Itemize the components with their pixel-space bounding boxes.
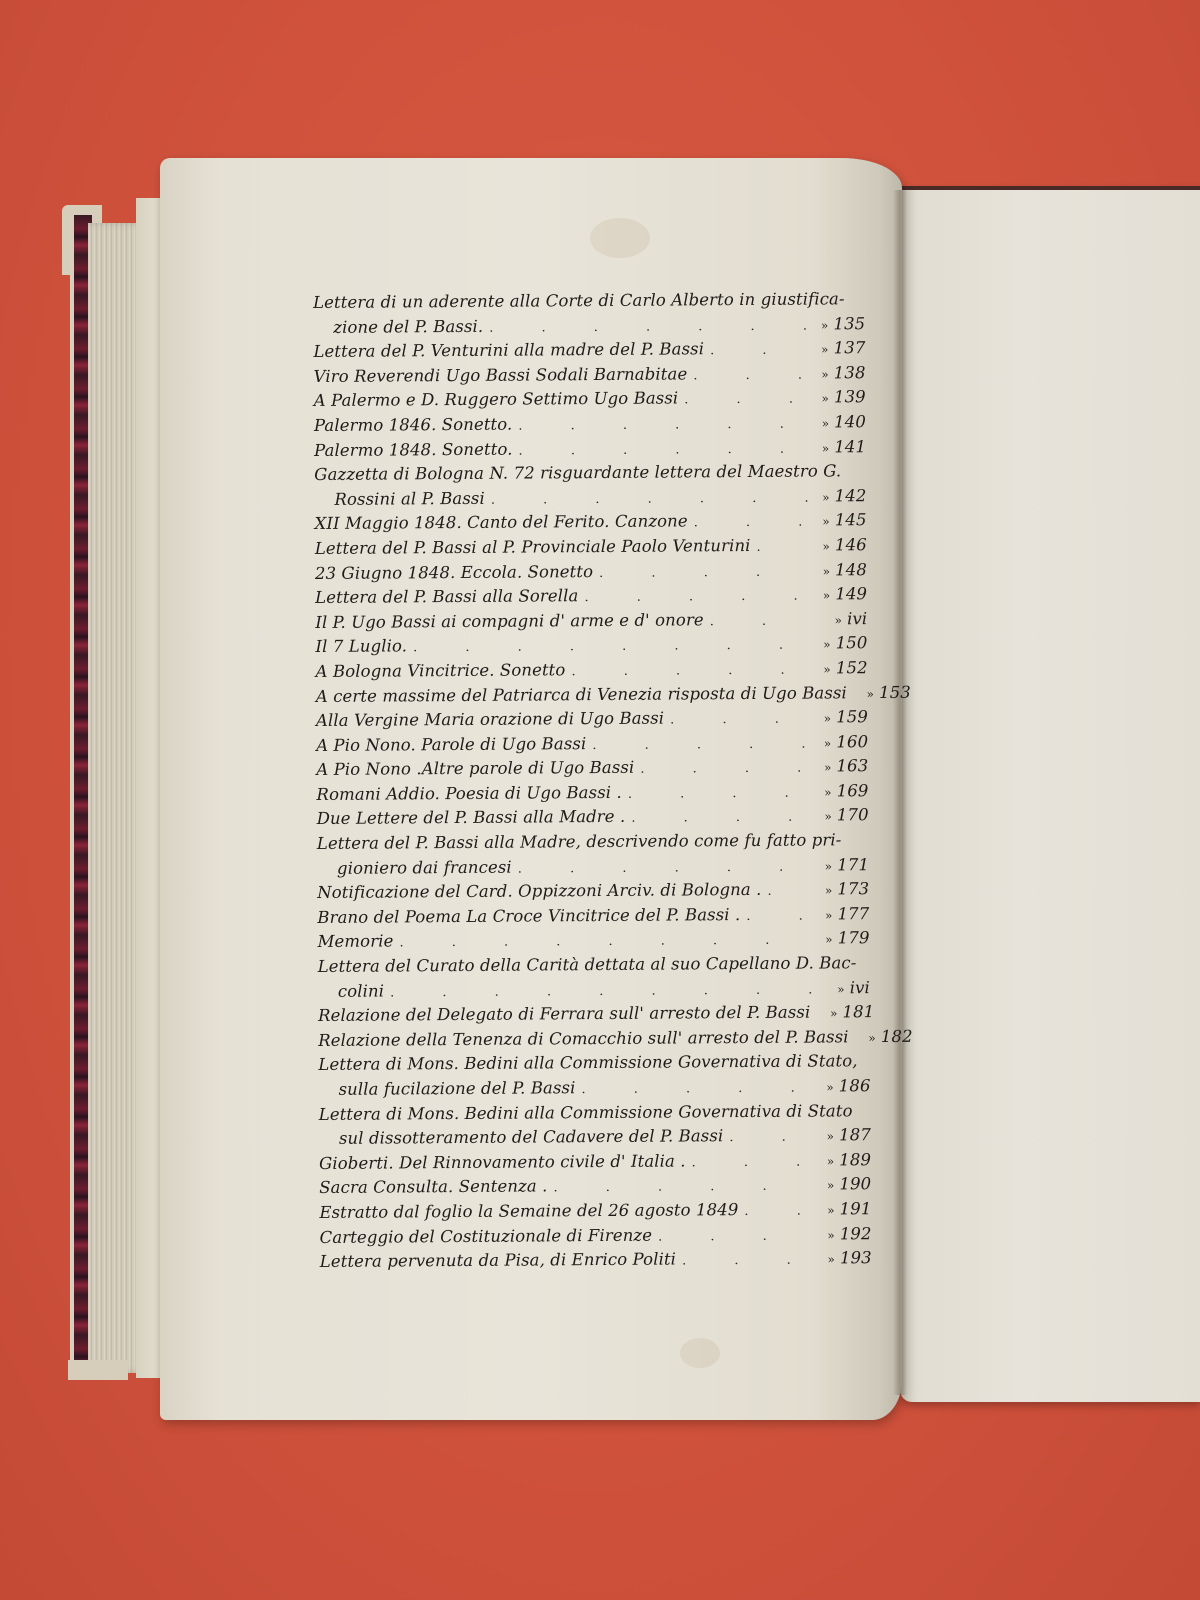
toc-entry-title: Lettera pervenuta da Pisa, di Enrico Pol… [320, 1250, 676, 1271]
toc-page-number: »140 [814, 412, 866, 431]
page-number-value: 189 [839, 1150, 871, 1169]
toc-entry-line: gioniero dai francesi»171 [317, 855, 869, 883]
page-prefix-mark: » [825, 884, 833, 898]
toc-entry-title: Notificazione del Card. Oppizzoni Arciv.… [317, 880, 761, 902]
page-number-value: 191 [840, 1199, 872, 1218]
page-number-value: 169 [837, 781, 869, 800]
toc-entry-title: Palermo 1848. Sonetto. [314, 439, 513, 459]
toc-entry-title: Due Lettere del P. Bassi alla Madre . [317, 807, 626, 828]
toc-page-number: »187 [819, 1125, 871, 1144]
page-prefix-mark: » [827, 1179, 835, 1193]
page-number-value: 173 [837, 879, 869, 898]
dot-leader [553, 1179, 813, 1196]
page-prefix-mark: » [823, 564, 831, 578]
toc-page-number: »ivi [815, 609, 867, 628]
dot-leader [581, 1081, 812, 1098]
page-prefix-mark: » [827, 1154, 835, 1168]
dot-leader [744, 1203, 813, 1218]
toc-entry-title: Lettera del P. Bassi alla Sorella [315, 586, 578, 607]
page-prefix-mark: » [821, 392, 829, 406]
paper-stain [590, 218, 650, 258]
page-number-value: 163 [836, 756, 868, 775]
dot-leader [518, 859, 811, 876]
toc-page-number: »179 [817, 929, 869, 948]
toc-entry-title: Lettera del P. Bassi al P. Provinciale P… [315, 536, 751, 558]
toc-page-number: »138 [814, 363, 866, 382]
toc-entry-title: Lettera del Curato della Carità dettata … [318, 953, 857, 976]
page-number-value: 137 [834, 338, 866, 357]
toc-entry-title: 23 Giugno 1848. Eccola. Sonetto [315, 562, 593, 583]
toc-page-number: »177 [817, 904, 869, 923]
toc-entry-title: A Pio Nono. Parole di Ugo Bassi [316, 734, 586, 755]
toc-page-number: »146 [815, 535, 867, 554]
toc-page-number: »170 [817, 806, 869, 825]
page-prefix-mark: » [827, 1203, 835, 1217]
page-prefix-mark: » [830, 1007, 838, 1021]
dot-leader [710, 613, 810, 629]
toc-page-number: »152 [816, 658, 868, 677]
page-number-value: 186 [839, 1076, 871, 1095]
dot-leader [631, 810, 810, 826]
dot-leader [640, 761, 810, 777]
toc-entry-title: zione del P. Bassi. [313, 316, 483, 336]
page-number-value: 152 [836, 658, 868, 677]
page-prefix-mark: » [824, 761, 832, 775]
dot-leader [491, 490, 809, 507]
dot-leader [693, 367, 807, 383]
page-prefix-mark: » [868, 1031, 876, 1045]
toc-entry-title: sul dissotteramento del Cadavere del P. … [319, 1126, 724, 1148]
toc-page-number: »182 [861, 1027, 913, 1046]
page-prefix-mark: » [827, 1228, 835, 1242]
toc-page-number: »137 [813, 338, 865, 357]
page-prefix-mark: » [821, 318, 829, 332]
toc-page-number: »141 [814, 437, 866, 456]
page-prefix-mark: » [827, 1253, 835, 1267]
toc-entry-title: Lettera del P. Bassi alla Madre, descriv… [317, 830, 842, 853]
page-prefix-mark: » [822, 515, 830, 529]
toc-entry-title: A Bologna Vincitrice. Sonetto [316, 660, 566, 681]
page-prefix-mark: » [824, 810, 832, 824]
toc-page-number: »149 [815, 584, 867, 603]
dot-leader [413, 638, 810, 656]
page-prefix-mark: » [822, 441, 830, 455]
page-prefix-mark: » [821, 367, 829, 381]
page-number-value: 135 [833, 314, 865, 333]
page-gutter [893, 190, 907, 1395]
toc-page-number: »171 [817, 855, 869, 874]
toc-page-number: »142 [814, 486, 866, 505]
toc-entry-title: XII Maggio 1848. Canto del Ferito. Canzo… [315, 512, 688, 534]
toc-entry-title: A Pio Nono .Altre parole di Ugo Bassi [316, 758, 634, 779]
dot-leader [682, 1253, 814, 1269]
dot-leader [571, 662, 809, 679]
toc-entry-title: Viro Reverendi Ugo Bassi Sodali Barnabit… [314, 364, 688, 386]
toc-page-number: »150 [815, 633, 867, 652]
toc-entry-title: colini [318, 981, 384, 1000]
dot-leader [729, 1130, 813, 1146]
toc-entry-title: A certe massime del Patriarca di Venezia… [316, 683, 847, 706]
page-prefix-mark: » [827, 1130, 835, 1144]
toc-page-number: »160 [816, 732, 868, 751]
dot-leader [399, 933, 811, 951]
toc-entry-title: Brano del Poema La Croce Vincitrice del … [317, 905, 740, 927]
toc-page-number: »186 [818, 1076, 870, 1095]
page-prefix-mark: » [824, 711, 832, 725]
toc-page-number: »181 [822, 1002, 874, 1021]
toc-entry-title: Carteggio del Costituzionale di Firenze [320, 1225, 653, 1246]
dot-leader [767, 884, 811, 899]
toc-entry-line: Lettera pervenuta da Pisa, di Enrico Pol… [320, 1248, 872, 1276]
toc-entry-title: Gioberti. Del Rinnovamento civile d' Ita… [319, 1151, 686, 1173]
dot-leader [592, 736, 810, 753]
page-prefix-mark: » [826, 1080, 834, 1094]
toc-entry-title: gioniero dai francesi [317, 857, 512, 877]
page-number-value: 170 [837, 806, 869, 825]
page-prefix-mark: » [823, 638, 831, 652]
toc-entry-title: Il P. Ugo Bassi ai compagni d' arme e d'… [315, 610, 704, 632]
toc-entry-title: Relazione della Tenenza di Comacchio sul… [318, 1027, 849, 1050]
page-prefix-mark: » [825, 859, 833, 873]
cover-corner-bottom [68, 1360, 128, 1380]
paper-stain [680, 1338, 720, 1368]
page-number-value: 153 [879, 682, 911, 701]
page-number-value: 181 [842, 1002, 874, 1021]
page-prefix-mark: » [867, 687, 875, 701]
toc-page-number: »192 [820, 1224, 872, 1243]
toc-page-number: »148 [815, 560, 867, 579]
page-number-value: 193 [840, 1248, 872, 1267]
page-number-value: 192 [840, 1224, 872, 1243]
toc-entry-title: Lettera di un aderente alla Corte di Car… [313, 289, 845, 312]
dot-leader [628, 785, 811, 801]
page-prefix-mark: » [821, 343, 829, 357]
page-number-value: 138 [834, 363, 866, 382]
page-number-value: 160 [836, 732, 868, 751]
toc-page-number: »193 [820, 1248, 872, 1267]
toc-entry-title: Rossini al P. Bassi [314, 489, 485, 509]
page-number-value: 159 [836, 707, 868, 726]
page-prefix-mark: » [824, 736, 832, 750]
toc-entry-title: Il 7 Luglio. [315, 637, 407, 657]
page-prefix-mark: » [824, 785, 832, 799]
dot-leader [694, 515, 809, 531]
page-prefix-mark: » [837, 982, 845, 996]
toc-page-number: »145 [815, 510, 867, 529]
page-number-value: ivi [850, 978, 870, 997]
toc-page-number: »159 [816, 707, 868, 726]
dot-leader [684, 392, 808, 408]
toc-entry-title: Relazione del Delegato di Ferrara sull' … [318, 1003, 810, 1025]
page-prefix-mark: » [825, 933, 833, 947]
page-number-value: 150 [836, 633, 868, 652]
toc-entry-title: Gazzetta di Bologna N. 72 risguardante l… [314, 461, 841, 484]
page-number-value: 146 [835, 535, 867, 554]
toc-entry-title: sulla fucilazione del P. Bassi [318, 1078, 575, 1099]
dot-leader [489, 318, 807, 335]
dot-leader [658, 1228, 814, 1244]
toc-entry-title: Romani Addio. Poesia di Ugo Bassi . [316, 783, 621, 804]
toc-page-number: »135 [813, 314, 865, 333]
toc-entry-title: Lettera di Mons. Bedini alla Commissione… [319, 1101, 853, 1124]
page-number-value: 187 [839, 1125, 871, 1144]
toc-entry-title: Alla Vergine Maria orazione di Ugo Bassi [316, 709, 664, 730]
page-prefix-mark: » [825, 908, 833, 922]
dot-leader [599, 564, 809, 580]
toc-page-number: »163 [816, 756, 868, 775]
dot-leader [390, 982, 812, 1000]
page-number-value: 145 [835, 510, 867, 529]
page-number-value: 177 [837, 904, 869, 923]
page-prefix-mark: » [823, 662, 831, 676]
toc-entry-title: Lettera di Mons. Bedini alla Commissione… [318, 1052, 857, 1075]
toc-page-number: »173 [817, 879, 869, 898]
page-number-value: 149 [835, 584, 867, 603]
toc-entry-title: Sacra Consulta. Sentenza . [319, 1177, 547, 1198]
toc-page-number: »189 [819, 1150, 871, 1169]
toc-page-number: »ivi [818, 978, 870, 997]
page-number-value: 148 [835, 560, 867, 579]
page-prefix-mark: » [823, 589, 831, 603]
page-number-value: 179 [838, 929, 870, 948]
toc-entry-title: Memorie [317, 932, 393, 952]
dot-leader [756, 539, 808, 554]
page-number-value: 140 [834, 412, 866, 431]
toc-page-number: »139 [814, 388, 866, 407]
dot-leader [746, 908, 811, 923]
toc-entry-title: Palermo 1846. Sonetto. [314, 415, 513, 435]
toc-entry-title: Estratto dal foglio la Semaine del 26 ag… [319, 1200, 738, 1222]
page-number-value: 139 [834, 388, 866, 407]
toc-entry-title: Lettera del P. Venturini alla madre del … [313, 339, 704, 361]
toc-entry-title: A Palermo e D. Ruggero Settimo Ugo Bassi [314, 389, 679, 411]
dot-leader [584, 589, 809, 606]
dot-leader [670, 712, 810, 728]
page-prefix-mark: » [835, 613, 843, 627]
page-prefix-mark: » [822, 490, 830, 504]
page-number-value: ivi [847, 609, 867, 628]
right-page-blank [900, 186, 1200, 1402]
page-prefix-mark: » [822, 539, 830, 553]
dot-leader [710, 343, 807, 359]
toc-page-number: »169 [816, 781, 868, 800]
page-number-value: 190 [839, 1174, 871, 1193]
page-number-value: 171 [837, 855, 869, 874]
toc-page-number: »153 [859, 682, 911, 701]
table-of-contents: Lettera di un aderente alla Corte di Car… [313, 289, 872, 1277]
page-number-value: 182 [881, 1027, 913, 1046]
dot-leader [518, 441, 808, 458]
toc-page-number: »191 [819, 1199, 871, 1218]
dot-leader [518, 417, 808, 434]
dot-leader [692, 1154, 814, 1170]
page-prefix-mark: » [822, 416, 830, 430]
page-number-value: 141 [834, 437, 866, 456]
page-number-value: 142 [835, 486, 867, 505]
toc-page-number: »190 [819, 1174, 871, 1193]
